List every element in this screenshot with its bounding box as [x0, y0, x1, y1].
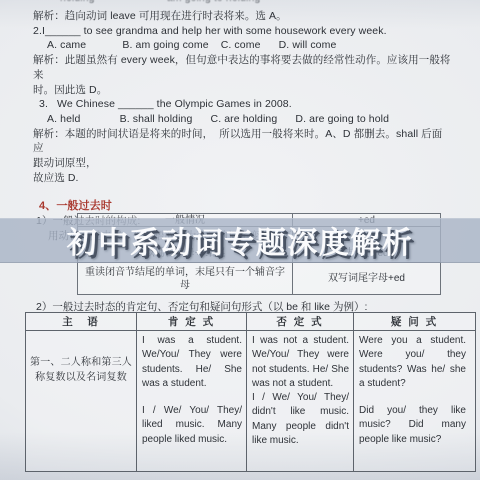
q3-analysis-line3: 故应选 D.: [33, 171, 451, 186]
table2-cell-affirmative: I was a student. We/You/ They were stude…: [137, 331, 247, 471]
q2-analysis-line1: 解析：此题虽然有 every week，但句意中表达的事将要去做的经常性动作。应…: [33, 53, 451, 82]
table2-header-negative: 否 定 式: [247, 313, 354, 331]
watermark-banner-text: 初中系动词专题深度解析: [67, 218, 414, 264]
q2-analysis-line2: 时。因此选 D。: [33, 83, 451, 98]
document-page: ·· ··· holding ·· ···· · ··· am going to…: [0, 0, 480, 480]
table2-cell-subject: 第一、二人称和第三人称复数以及名词复数: [26, 331, 137, 471]
section-4-heading: 4、一般过去时: [33, 199, 451, 214]
table1-change-double-letter-ed: 双写词尾字母+ed: [293, 263, 440, 294]
question-3: 3. We Chinese ______ the Olympic Games i…: [33, 97, 451, 112]
q3-analysis-line2: 跟动词原型，: [33, 156, 451, 171]
question-2-options: A. came B. am going come C. come D. will…: [33, 38, 451, 53]
table2-header-affirmative: 肯 定 式: [137, 313, 247, 331]
clipped-top-line: ·· ··· holding ·· ···· · ··· am going to…: [33, 0, 451, 5]
watermark-banner: 初中系动词专题深度解析: [0, 218, 480, 263]
q3-analysis-line1: 解析：本题的时间状语是将来的时间， 所以选用一般将来时。A、D 都删去。shal…: [33, 127, 451, 156]
table2-header-interrogative: 疑 问 式: [354, 313, 475, 331]
table2-cell-interrogative: Were you a student. Were you/ they stude…: [354, 331, 475, 471]
table2-cell-negative: I was not a student. We/You/ They were n…: [247, 331, 354, 471]
question-3-options: A. held B. shall holding C. are holding …: [33, 112, 451, 127]
question-2: 2.I______ to see grandma and help her wi…: [33, 24, 451, 39]
q1-analysis: 解析：趋向动词 leave 可用现在进行时表将来。选 A。: [33, 9, 451, 24]
table2-header-subject: 主 语: [26, 313, 137, 331]
table1-case-stressed-syllable: 重读闭音节结尾的单词，末尾只有一个辅音字母: [78, 263, 293, 294]
analysis-text-block: ·· ··· holding ·· ···· · ··· am going to…: [33, 0, 451, 244]
be-like-forms-table: 主 语 肯 定 式 否 定 式 疑 问 式 第一、二人称和第三人称复数以及名词复…: [25, 312, 476, 472]
